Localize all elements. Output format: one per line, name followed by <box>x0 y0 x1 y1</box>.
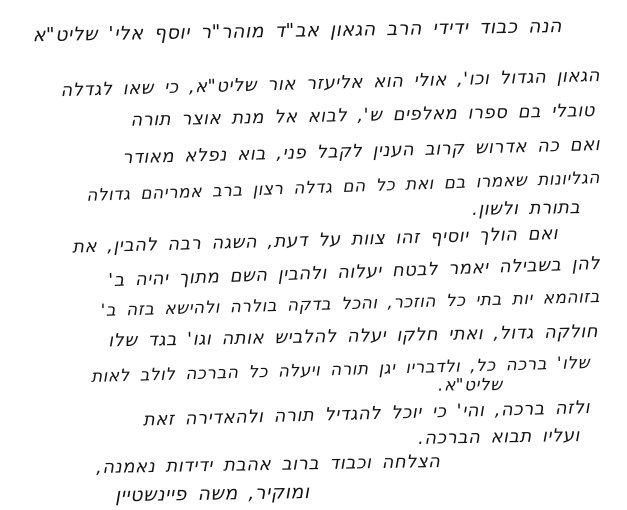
signature: ומוקיר, משה פיינשטיין <box>115 482 310 506</box>
handwritten-line: ואם הולך יוסיף זהו צוות על דעת, השגה רבה… <box>30 224 558 259</box>
handwritten-line: שליט"א. <box>438 376 503 395</box>
handwritten-line: להן בשבילה יאמר לבטח יעלוה ולהבין השם מת… <box>25 254 600 294</box>
handwritten-line: ועליו תבוא הברכה. <box>418 426 580 449</box>
handwritten-line: בזוהמא יות בתי כל הוזכר, והכל בדקה בולרה… <box>30 288 600 323</box>
handwritten-line: טובלי בם ספרו מאלפים ש', לבוא אל מנת אוצ… <box>45 101 595 132</box>
scanned-letter-page: הנה כבוד ידידי הרב הגאון אב"ד מוהר"ר יוס… <box>0 0 627 510</box>
handwritten-line: הנה כבוד ידידי הרב הגאון אב"ד מוהר"ר יוס… <box>63 16 562 46</box>
handwritten-line: חולקה גדול, ואתי חלקו יעלה להלביש אותה ו… <box>55 322 598 352</box>
handwritten-line: שלו' ברכה כל, ולדבריו יגן תורה ויעלה כל … <box>45 354 590 388</box>
handwritten-closing-line: הצלחה וכבוד ברוב אהבת ידידות נאמנה, <box>96 452 441 478</box>
handwritten-line: ואם כה אדרוש קרוב הענין לקבל פני, בוא נפ… <box>50 135 600 170</box>
handwritten-line: הגאון הגדול וכו', אולי הוא אליעזר אור של… <box>25 66 600 102</box>
handwritten-line: בתורת ולשון. <box>472 198 581 220</box>
